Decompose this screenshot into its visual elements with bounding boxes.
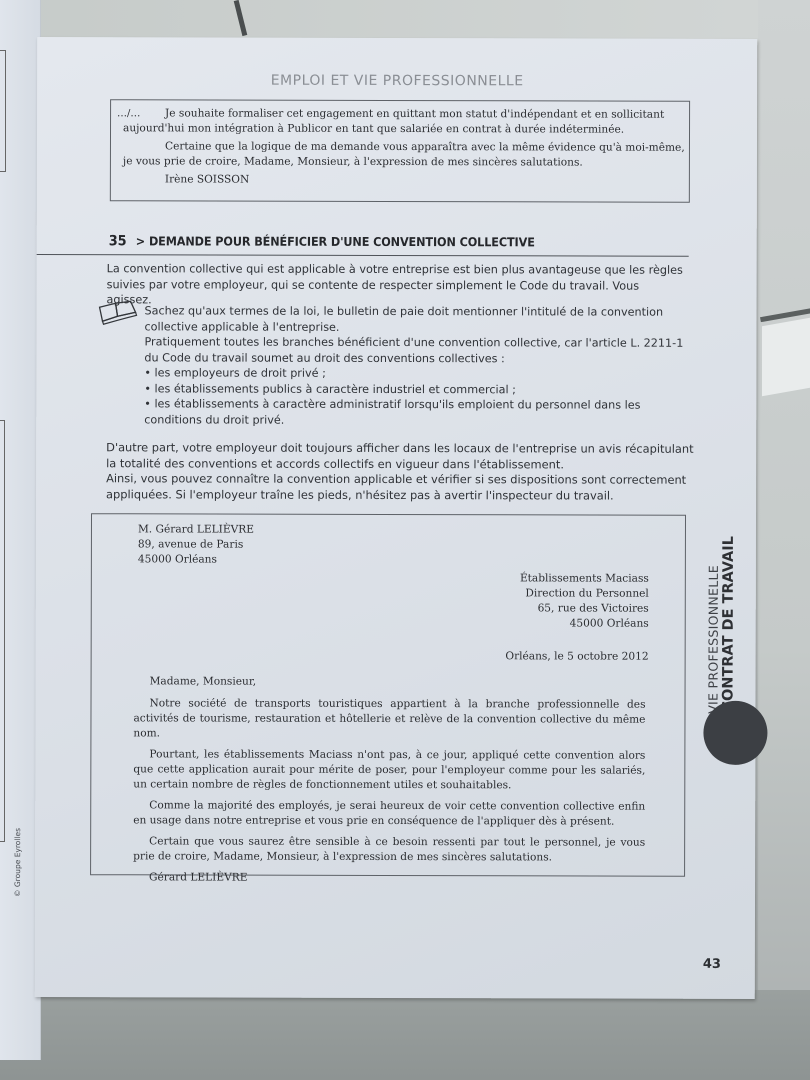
note-bullet: • les établissements publics à caractère… (144, 381, 692, 398)
section-heading: 35 > DEMANDE POUR BÉNÉFICIER D'UNE CONVE… (109, 233, 535, 250)
recipient-company: Établissements Maciass (520, 571, 649, 586)
sender-street: 89, avenue de Paris (138, 537, 254, 552)
background-tile (762, 318, 810, 396)
letter-salutation: Madame, Monsieur, (134, 674, 646, 690)
chapter-tab-marker (703, 701, 767, 765)
recipient-street: 65, rue des Victoires (520, 601, 649, 616)
letter-signature: Gérard LELIÈVRE (133, 870, 645, 886)
letter-signature: Irène SOISSON (165, 172, 249, 187)
letter-body: Madame, Monsieur, Notre société de trans… (133, 674, 646, 892)
chapter-tab-part: > VIE PROFESSIONNELLE (705, 489, 721, 729)
letter-paragraph: Certaine que la logique de ma demande vo… (123, 139, 685, 170)
background-shadow (0, 990, 810, 1080)
model-letter-box: M. Gérard LELIÈVRE 89, avenue de Paris 4… (90, 513, 686, 877)
recipient-city: 45000 Orléans (520, 616, 649, 631)
note-bullet: • les employeurs de droit privé ; (144, 365, 692, 382)
body-paragraph: D'autre part, votre employeur doit toujo… (106, 440, 696, 473)
copyright-notice: © Groupe Eyrolles (13, 828, 22, 897)
previous-letter-box: …/… Je souhaite formaliser cet engagemen… (110, 99, 690, 203)
page-number: 43 (703, 957, 721, 972)
background-surface-right (758, 0, 810, 1080)
letter-paragraph: Comme la majorité des employés, je serai… (133, 798, 645, 829)
letter-date: Orléans, le 5 octobre 2012 (505, 649, 648, 664)
section-divider (37, 254, 689, 257)
chapter-tab-chapter: > CONTRAT DE TRAVAIL (720, 489, 737, 729)
chapter-tab-labels: > VIE PROFESSIONNELLE > CONTRAT DE TRAVA… (705, 489, 746, 729)
section-intro: La convention collective qui est applica… (107, 261, 688, 309)
section-separator: > (136, 234, 145, 248)
letter-paragraph: Pourtant, les établissements Maciass n'o… (133, 747, 645, 793)
facing-page-box (0, 50, 6, 172)
note-paragraph: Pratiquement toutes les branches bénéfic… (144, 334, 692, 366)
letter-paragraph: Certain que vous saurez être sensible à … (133, 834, 645, 865)
letter-paragraph: Notre société de transports touristiques… (133, 696, 645, 742)
section-body: D'autre part, votre employeur doit toujo… (106, 440, 696, 504)
note-paragraph: Sachez qu'aux termes de la loi, le bulle… (144, 303, 692, 335)
section-title: DEMANDE POUR BÉNÉFICIER D'UNE CONVENTION… (149, 234, 535, 249)
facing-page-box (0, 420, 5, 842)
sender-address: M. Gérard LELIÈVRE 89, avenue de Paris 4… (138, 522, 254, 567)
book-page: EMPLOI ET VIE PROFESSIONNELLE …/… Je sou… (35, 37, 758, 999)
recipient-address: Établissements Maciass Direction du Pers… (520, 571, 649, 631)
sender-name: M. Gérard LELIÈVRE (138, 522, 254, 537)
section-number: 35 (109, 233, 127, 249)
note-bullet: • les établissements à caractère adminis… (144, 396, 692, 428)
sender-city: 45000 Orléans (138, 552, 254, 567)
body-paragraph: Ainsi, vous pouvez connaître la conventi… (106, 471, 696, 504)
legal-note: Sachez qu'aux termes de la loi, le bulle… (144, 303, 692, 428)
recipient-department: Direction du Personnel (520, 586, 649, 601)
letter-paragraph: Je souhaite formaliser cet engagement en… (123, 106, 685, 137)
running-head: EMPLOI ET VIE PROFESSIONNELLE (37, 72, 757, 90)
open-book-icon (96, 299, 138, 327)
